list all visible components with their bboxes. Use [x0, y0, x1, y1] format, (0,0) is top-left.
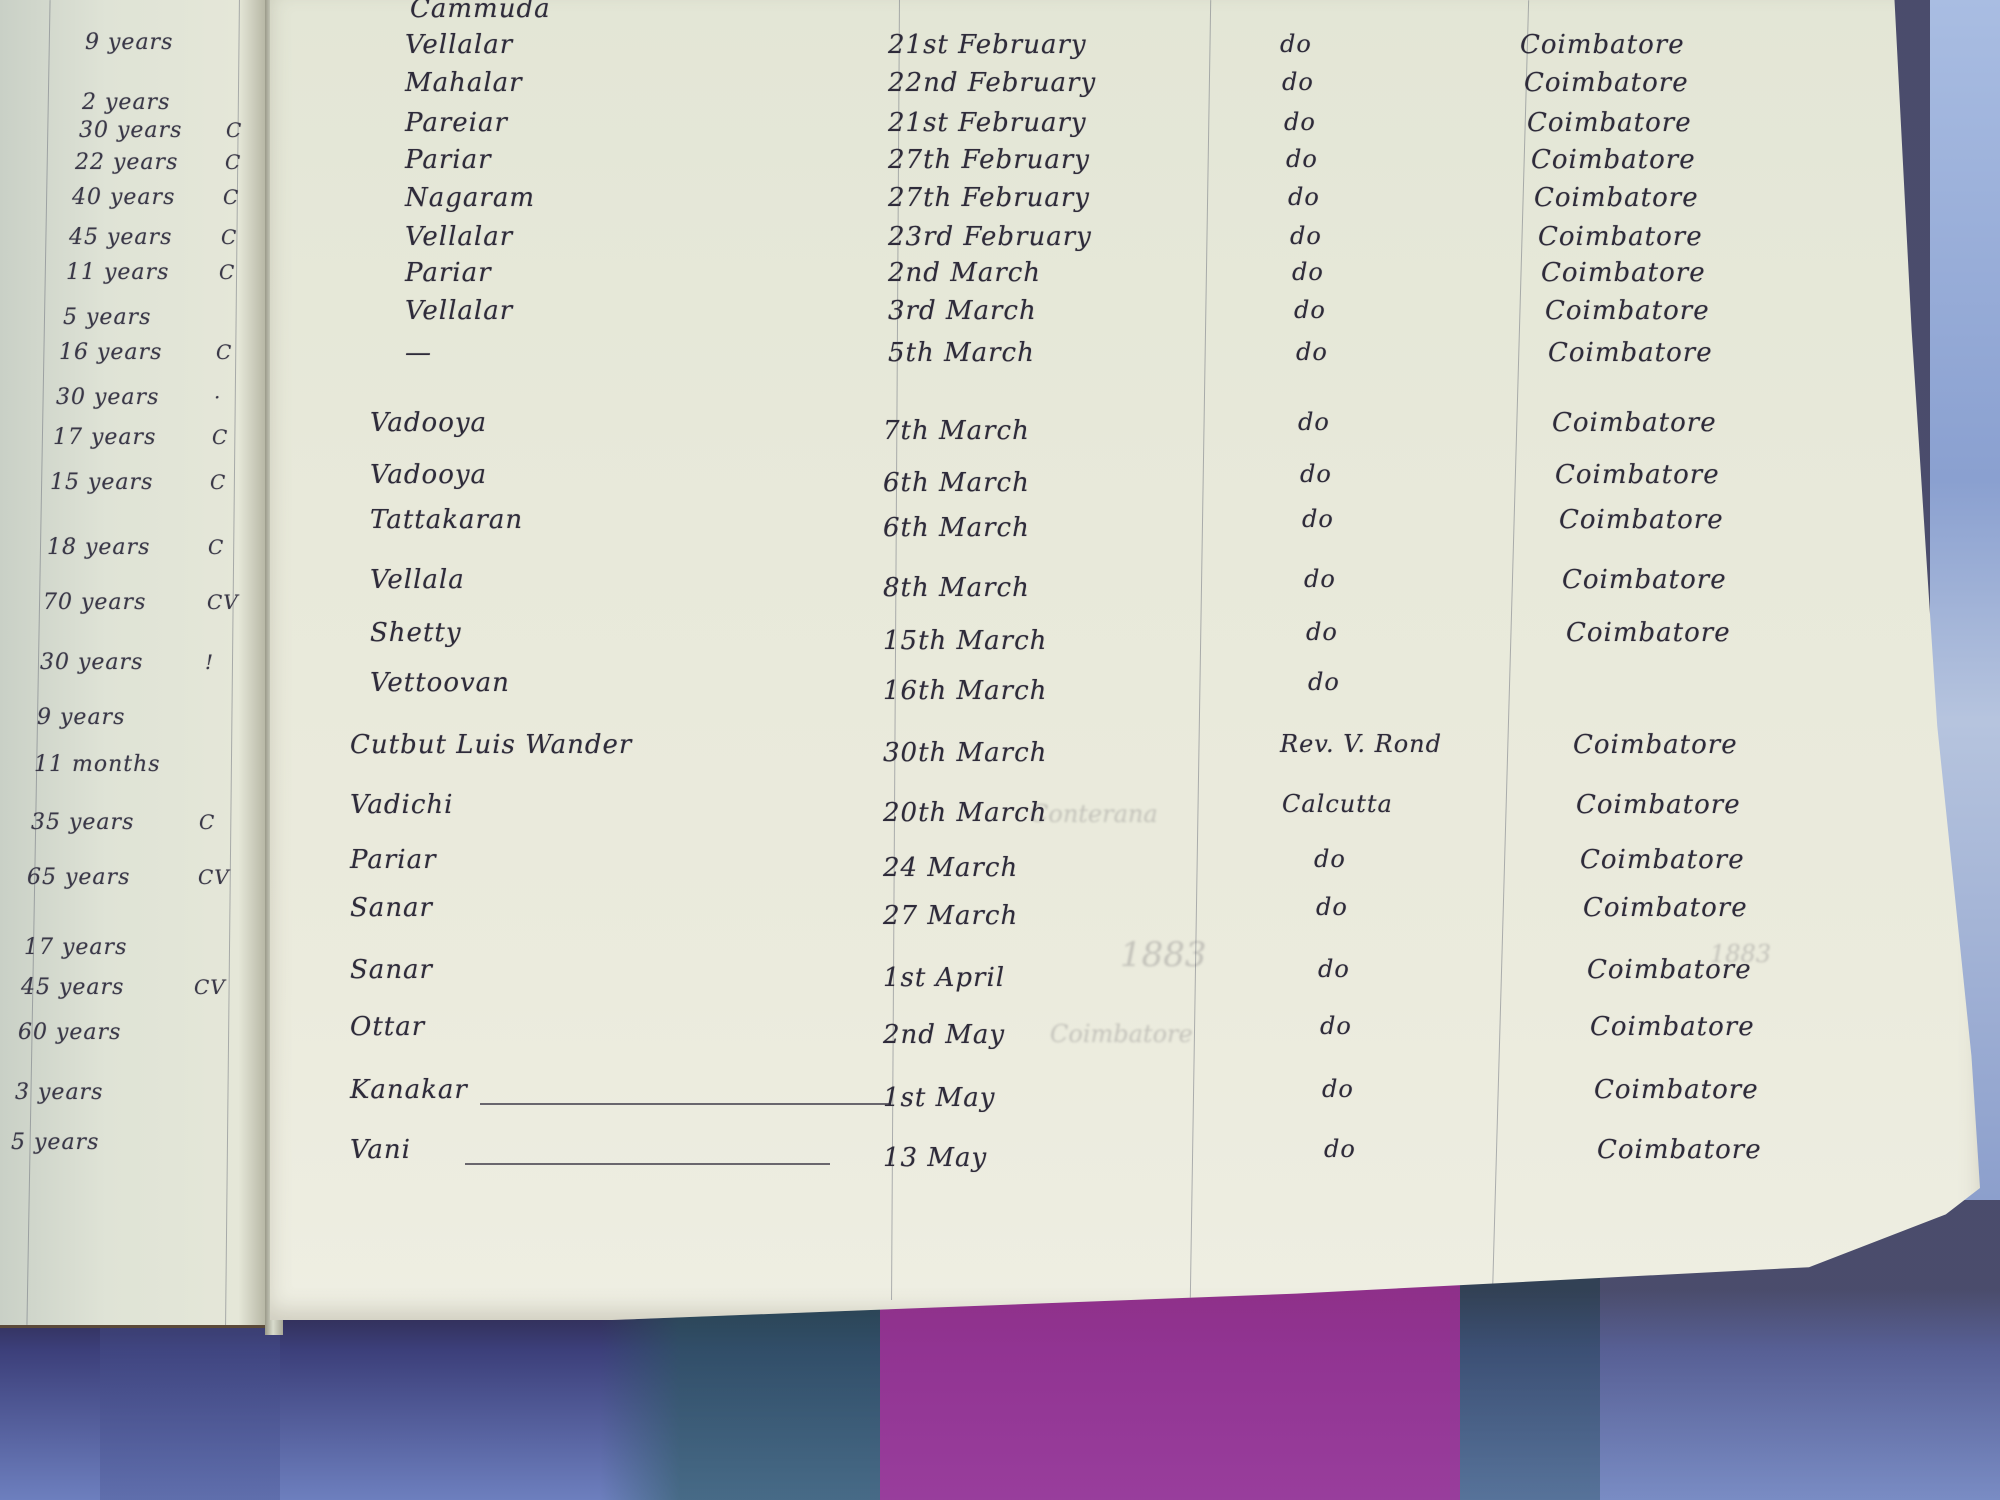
register-place: Coimbatore — [1531, 145, 1696, 175]
register-name: Sanar — [350, 893, 433, 923]
register-name: — — [405, 338, 432, 368]
register-date: 23rd February — [888, 222, 1092, 252]
bleedthrough-text: 1883 — [1710, 940, 1771, 968]
register-place: Coimbatore — [1538, 222, 1703, 252]
register-name: Mahalar — [405, 68, 523, 98]
age-mark: CV — [207, 590, 239, 614]
register-ditto: do — [1296, 338, 1328, 366]
register-place: Coimbatore — [1580, 845, 1745, 875]
left-page-leaf: 9 years2 years30 yearsC22 yearsC40 years… — [0, 0, 265, 1328]
register-date: 21st February — [888, 30, 1087, 60]
register-ditto: do — [1316, 893, 1348, 921]
register-name: Pariar — [350, 845, 437, 875]
register-place: Coimbatore — [1541, 258, 1706, 288]
register-ditto: do — [1282, 68, 1314, 96]
register-date: 2nd March — [888, 258, 1041, 288]
register-place: Coimbatore — [1545, 296, 1710, 326]
register-ditto: do — [1288, 183, 1320, 211]
register-name: Vadichi — [350, 790, 453, 820]
register-ditto: do — [1292, 258, 1324, 286]
age-mark: C — [226, 118, 242, 142]
register-place: Coimbatore — [1576, 790, 1741, 820]
age-entry: 11 years — [66, 260, 169, 285]
age-mark: C — [212, 425, 228, 449]
bleedthrough-text: Coimbatore — [1050, 1020, 1193, 1048]
register-date: 15th March — [883, 626, 1047, 656]
register-date: 20th March — [883, 798, 1047, 828]
register-date: 1st May — [883, 1083, 995, 1113]
register-date: 22nd February — [888, 68, 1096, 98]
register-name: Vellalar — [405, 30, 513, 60]
age-entry: 70 years — [43, 590, 146, 615]
register-place: Coimbatore — [1555, 460, 1720, 490]
register-place: Coimbatore — [1573, 730, 1738, 760]
register-name: Kanakar — [350, 1075, 468, 1105]
age-entry: 18 years — [47, 535, 150, 560]
column-rule — [1190, 0, 1211, 1300]
register-ditto: do — [1304, 565, 1336, 593]
age-entry: 16 years — [59, 340, 162, 365]
register-ditto: do — [1284, 108, 1316, 136]
register-ditto: do — [1300, 460, 1332, 488]
register-date: 1st April — [883, 963, 1005, 993]
age-entry: 45 years — [21, 975, 124, 1000]
register-ditto: Calcutta — [1282, 790, 1393, 818]
register-place: Coimbatore — [1597, 1135, 1762, 1165]
register-place: Coimbatore — [1520, 30, 1685, 60]
age-mark: C — [223, 185, 239, 209]
age-entry: 45 years — [69, 225, 172, 250]
age-entry: 30 years — [79, 118, 182, 143]
age-entry: 17 years — [24, 935, 127, 960]
age-entry: 40 years — [72, 185, 175, 210]
register-name: Vani — [350, 1135, 411, 1165]
age-entry: 22 years — [75, 150, 178, 175]
age-mark: C — [216, 340, 232, 364]
age-entry: 17 years — [53, 425, 156, 450]
register-name: Pareiar — [405, 108, 508, 138]
age-entry: 5 years — [63, 305, 151, 330]
age-mark: C — [225, 150, 241, 174]
bleedthrough-text: 1883 — [1120, 935, 1207, 975]
age-entry: 60 years — [18, 1020, 121, 1045]
age-mark: C — [199, 810, 215, 834]
register-date: 27th February — [888, 145, 1090, 175]
age-mark: CV — [194, 975, 226, 999]
register-place: Coimbatore — [1594, 1075, 1759, 1105]
age-mark: C — [208, 535, 224, 559]
age-mark: C — [219, 260, 235, 284]
register-name: Pariar — [405, 145, 492, 175]
register-ditto: do — [1290, 222, 1322, 250]
name-dash-stroke — [480, 1103, 890, 1105]
register-date: 3rd March — [888, 296, 1037, 326]
register-place: Coimbatore — [1583, 893, 1748, 923]
register-date: 2nd May — [883, 1020, 1005, 1050]
header-fragment: Cammuda — [410, 0, 551, 24]
register-place: Coimbatore — [1548, 338, 1713, 368]
register-ditto: do — [1322, 1075, 1354, 1103]
register-ditto: do — [1308, 668, 1340, 696]
register-ditto: do — [1286, 145, 1318, 173]
age-entry: 30 years — [56, 385, 159, 410]
register-ditto: do — [1324, 1135, 1356, 1163]
age-entry: 15 years — [50, 470, 153, 495]
register-name: Vadooya — [370, 408, 487, 438]
register-place: Coimbatore — [1527, 108, 1692, 138]
register-date: 5th March — [888, 338, 1035, 368]
register-date: 30th March — [883, 738, 1047, 768]
register-name: Vellalar — [405, 296, 513, 326]
age-entry: 30 years — [40, 650, 143, 675]
register-name: Vellala — [370, 565, 465, 595]
register-date: 7th March — [883, 416, 1030, 446]
register-place: Coimbatore — [1552, 408, 1717, 438]
register-ditto: do — [1314, 845, 1346, 873]
register-ditto: do — [1320, 1012, 1352, 1040]
register-date: 13 May — [883, 1143, 987, 1173]
register-name: Shetty — [370, 618, 462, 648]
age-entry: 9 years — [37, 705, 125, 730]
register-place: Coimbatore — [1559, 505, 1724, 535]
register-name: Pariar — [405, 258, 492, 288]
age-mark: C — [210, 470, 226, 494]
register-date: 21st February — [888, 108, 1087, 138]
register-ditto: do — [1318, 955, 1350, 983]
register-date: 27 March — [883, 901, 1018, 931]
age-entry: 65 years — [27, 865, 130, 890]
register-name: Vellalar — [405, 222, 513, 252]
bleedthrough-text: Conterana — [1030, 800, 1158, 828]
name-dash-stroke — [465, 1163, 830, 1165]
register-ditto: do — [1302, 505, 1334, 533]
register-date: 27th February — [888, 183, 1090, 213]
age-entry: 2 years — [82, 90, 170, 115]
age-entry: 5 years — [11, 1130, 99, 1155]
register-name: Sanar — [350, 955, 433, 985]
register-place: Coimbatore — [1524, 68, 1689, 98]
age-entry: 9 years — [85, 30, 173, 55]
register-name: Cutbut Luis Wander — [350, 730, 632, 760]
register-ditto: do — [1294, 296, 1326, 324]
age-entry: 3 years — [15, 1080, 103, 1105]
register-date: 8th March — [883, 573, 1030, 603]
register-name: Vadooya — [370, 460, 487, 490]
register-ditto: do — [1280, 30, 1312, 58]
register-place: Coimbatore — [1534, 183, 1699, 213]
register-ditto: Rev. V. Rond — [1280, 730, 1442, 758]
register-page: Cammuda Vellalar21st FebruarydoCoimbator… — [270, 0, 1980, 1320]
register-date: 6th March — [883, 468, 1030, 498]
register-name: Tattakaran — [370, 505, 523, 535]
age-mark: CV — [198, 865, 230, 889]
register-name: Vettoovan — [370, 668, 510, 698]
age-entry: 11 months — [34, 752, 161, 777]
age-mark: C — [221, 225, 237, 249]
register-ditto: do — [1298, 408, 1330, 436]
register-name: Ottar — [350, 1012, 425, 1042]
register-place: Coimbatore — [1590, 1012, 1755, 1042]
column-rule — [1492, 0, 1529, 1300]
age-mark: · — [214, 385, 221, 409]
register-date: 24 March — [883, 853, 1018, 883]
register-ditto: do — [1306, 618, 1338, 646]
register-place: Coimbatore — [1566, 618, 1731, 648]
register-date: 16th March — [883, 676, 1047, 706]
register-name: Nagaram — [405, 183, 535, 213]
age-mark: ! — [205, 650, 214, 674]
register-place: Coimbatore — [1562, 565, 1727, 595]
age-entry: 35 years — [31, 810, 134, 835]
register-date: 6th March — [883, 513, 1030, 543]
